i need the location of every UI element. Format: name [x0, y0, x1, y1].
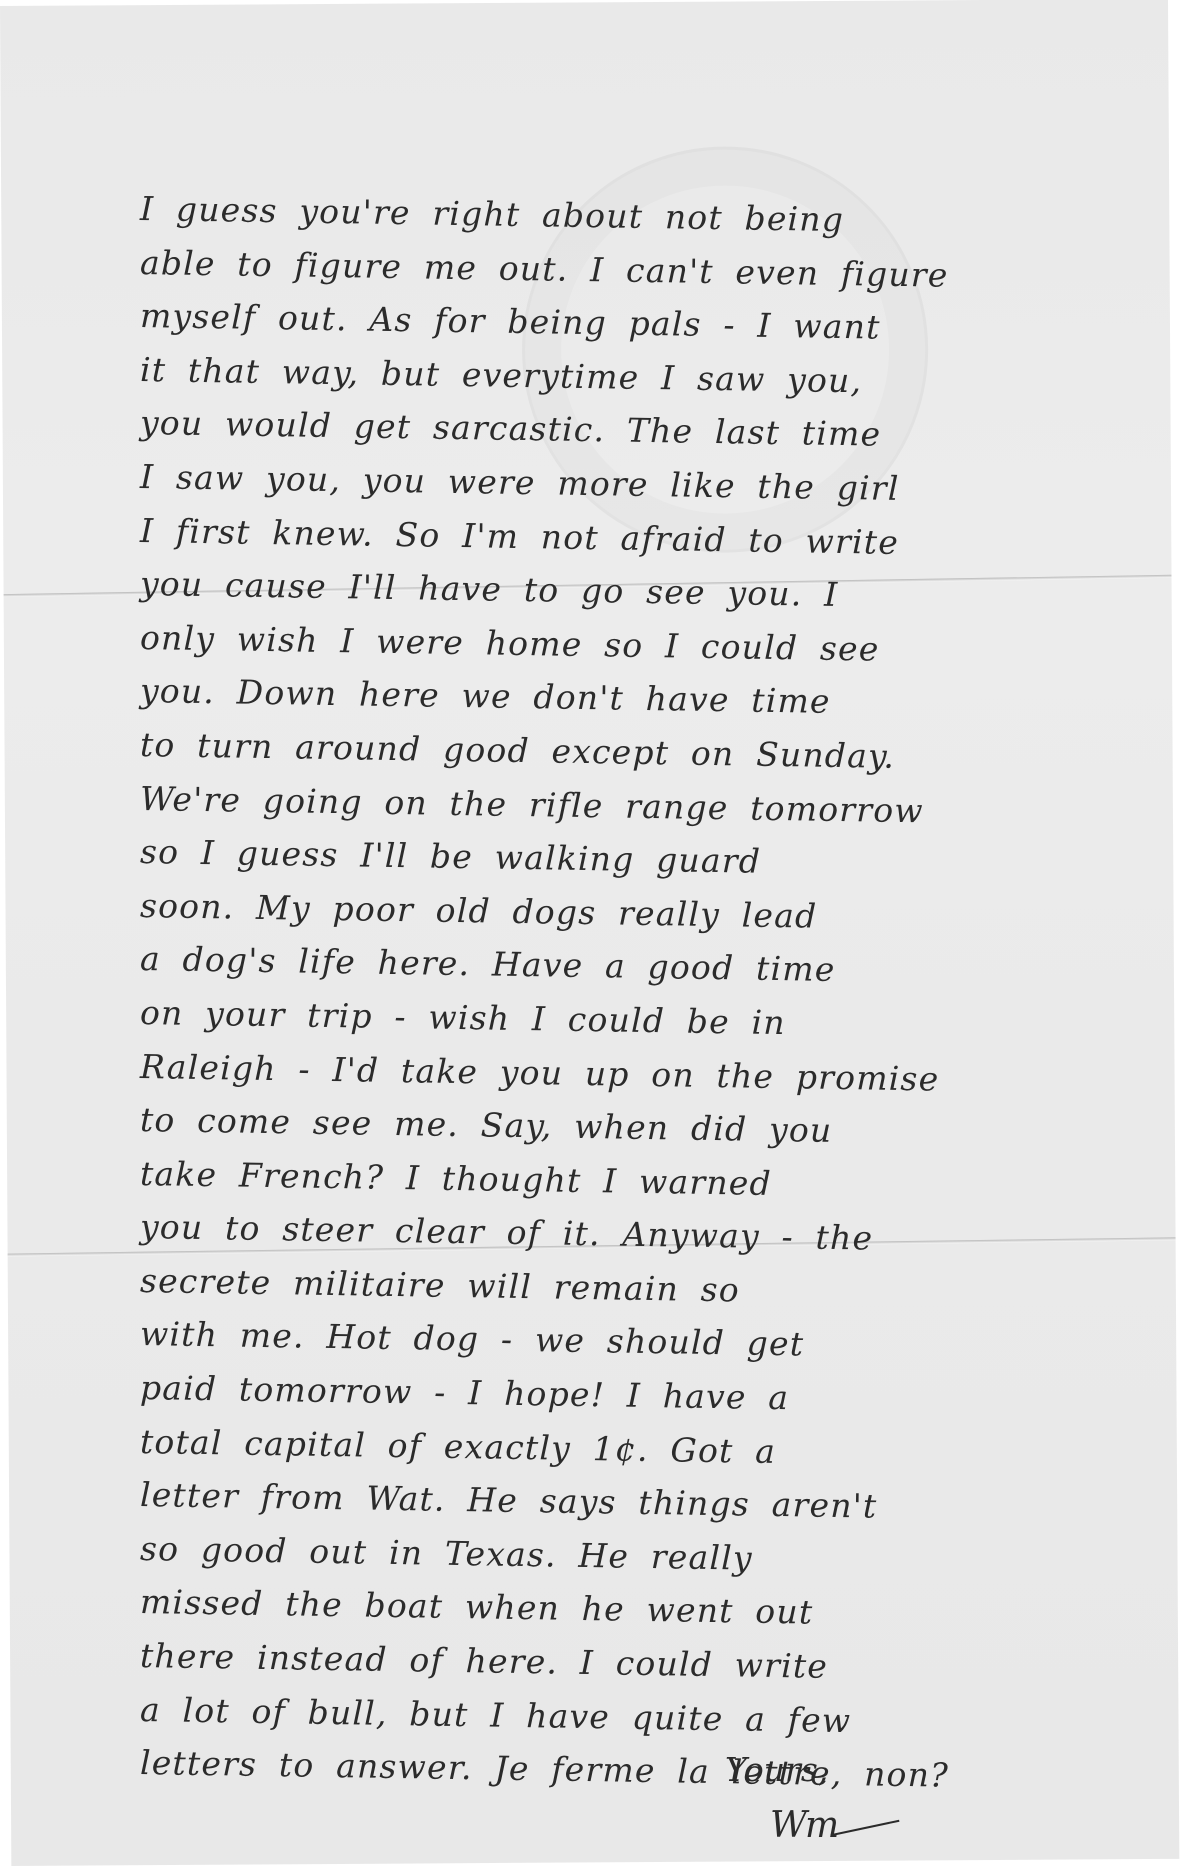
letter-closing: Yours,	[725, 1750, 828, 1789]
letter-body: I guess you're right about not being abl…	[140, 182, 1070, 1790]
letter-signature: Wm	[770, 1805, 837, 1846]
